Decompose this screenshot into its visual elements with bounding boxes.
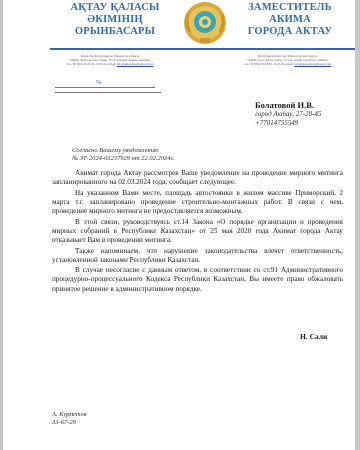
page-border-left bbox=[0, 0, 3, 450]
body-paragraph: В этой связи, руководствуясь ст.14 Закон… bbox=[52, 218, 343, 246]
letterhead-title-kazakh: АҚТАУ ҚАЛАСЫ ӘКІМІНІҢ ОРЫНБАСАРЫ bbox=[55, 2, 175, 38]
address-line: тел.: 8(7292) 33-63-50, 33-65-91 e-mail:… bbox=[225, 62, 350, 66]
letter-body: Акимат города Актау рассмотрев Ваше увед… bbox=[52, 169, 343, 295]
body-paragraph: В случае несогласие с данным ответом, в … bbox=[52, 266, 343, 294]
title-line: АКИМА bbox=[235, 14, 345, 26]
letterhead-address-kazakh: Қазақстан Республикасы, Маңғыстау облысы… bbox=[50, 54, 170, 66]
executor-name: А. Курметов bbox=[52, 411, 87, 419]
contact-text: тел.: 8(7292) 33-63-50, 33-65-91 e-mail: bbox=[244, 62, 293, 66]
executor-phone: 33-67-29 bbox=[52, 419, 87, 427]
contact-text: тел.: 8(7292) 33-63-50, 33-65-91 e-mail: bbox=[67, 62, 116, 66]
recipient-phone: +77014755549 bbox=[255, 119, 321, 128]
outgoing-date-line bbox=[55, 92, 161, 93]
email-link[interactable]: info@aktau.mangystau.gov.kz bbox=[294, 62, 330, 66]
page-border-right bbox=[355, 0, 360, 450]
reference-block: Согласно Вашему уведомлению № ЗТ-2024-03… bbox=[72, 147, 175, 163]
body-paragraph: На указанном Вами месте, площадь автосто… bbox=[52, 189, 343, 217]
signatory-name: Н. Сали bbox=[300, 332, 327, 341]
body-paragraph: Акимат города Актау рассмотрев Ваше увед… bbox=[52, 169, 343, 187]
title-line: АҚТАУ ҚАЛАСЫ bbox=[55, 2, 175, 14]
letterhead-divider bbox=[50, 48, 355, 50]
title-line: ӘКІМІНІҢ bbox=[55, 14, 175, 26]
letterhead-address-russian: Республика Казахстан, Мангистауская обла… bbox=[225, 54, 350, 66]
title-line: ГОРОДА АКТАУ bbox=[235, 26, 345, 38]
number-sign: № bbox=[95, 80, 103, 86]
executor-block: А. Курметов 33-67-29 bbox=[52, 411, 87, 427]
reference-line: Согласно Вашему уведомлению bbox=[72, 147, 175, 155]
recipient-address: город Актау, 27-28-45 bbox=[255, 110, 321, 119]
kazakhstan-emblem-icon bbox=[180, 0, 230, 46]
letterhead-title-russian: ЗАМЕСТИТЕЛЬ АКИМА ГОРОДА АКТАУ bbox=[235, 2, 345, 38]
address-line: тел.: 8(7292) 33-63-50, 33-65-91 e-mail:… bbox=[50, 62, 170, 66]
recipient-block: Болатовой И.В. город Актау, 27-28-45 +77… bbox=[255, 100, 321, 127]
outgoing-number-line bbox=[55, 80, 155, 88]
email-link[interactable]: info@aktau.mangystau.gov.kz bbox=[117, 62, 153, 66]
reference-number: № ЗТ-2024-03237929 от 22.02.2024г. bbox=[72, 155, 175, 163]
title-line: ЗАМЕСТИТЕЛЬ bbox=[235, 2, 345, 14]
body-paragraph: Также напоминаем, что нарушение законода… bbox=[52, 247, 343, 265]
title-line: ОРЫНБАСАРЫ bbox=[55, 26, 175, 38]
recipient-name: Болатовой И.В. bbox=[255, 100, 321, 110]
